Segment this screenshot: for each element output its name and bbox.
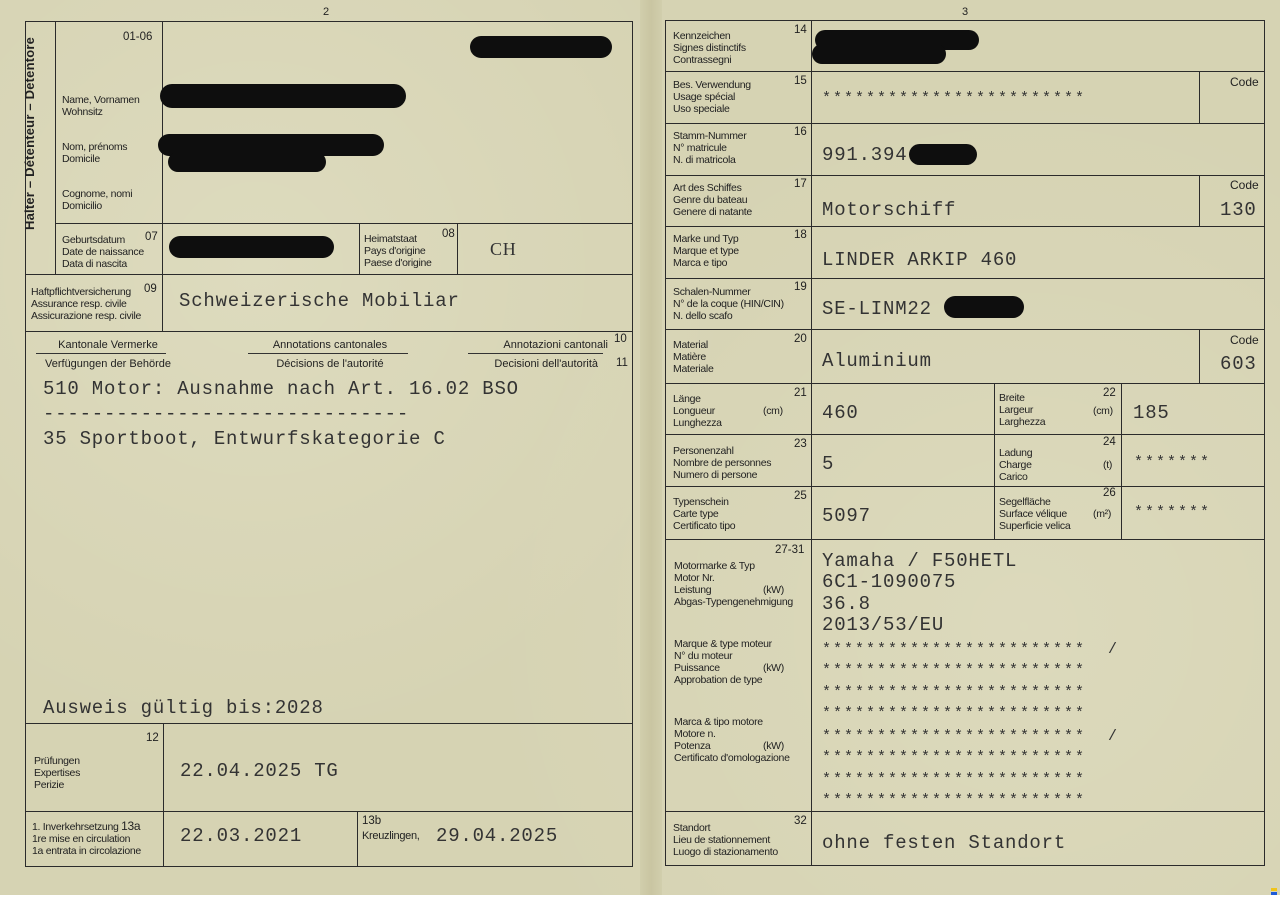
divider xyxy=(357,811,358,867)
label-15: Bes. VerwendungUsage spécialUso speciale xyxy=(673,79,751,115)
cargo-value: ******* xyxy=(1134,454,1211,471)
underline xyxy=(468,353,603,354)
decisions-header-it: Decisioni dell'autorità xyxy=(478,358,598,370)
field-number: 23 xyxy=(794,438,807,450)
holder-label-fr: Nom, prénomsDomicile xyxy=(62,141,127,165)
code-label: Code xyxy=(1230,178,1259,192)
divider xyxy=(665,434,1265,435)
divider xyxy=(665,486,1265,487)
redaction-mark xyxy=(168,152,326,172)
divider xyxy=(55,223,633,224)
decisions-header-de: Verfügungen der Behörde xyxy=(40,358,176,370)
redaction-mark xyxy=(470,36,612,58)
inspections-value: 22.04.2025 TG xyxy=(180,760,339,782)
divider xyxy=(665,278,1265,279)
divider xyxy=(25,723,633,724)
underline xyxy=(36,353,166,354)
divider xyxy=(1121,383,1122,539)
scan-marker xyxy=(1271,892,1277,895)
field-number: 27-31 xyxy=(775,544,804,556)
engine2-line: ************************ xyxy=(822,662,1086,679)
redaction-mark xyxy=(944,296,1024,318)
field-number: 20 xyxy=(794,333,807,345)
field-number: 18 xyxy=(794,229,807,241)
annotations-header-fr: Annotations cantonales xyxy=(250,339,410,351)
boat-type-code: 130 xyxy=(1220,199,1257,221)
engine-emission-approval: 2013/53/EU xyxy=(822,614,944,636)
birth-date-label: GeburtsdatumDate de naissanceData di nas… xyxy=(62,234,144,270)
field-number: 17 xyxy=(794,178,807,190)
scan-marker xyxy=(1271,888,1277,891)
label-26: SegelflächeSurface véliqueSuperficie vel… xyxy=(999,496,1070,532)
code-label: Code xyxy=(1230,333,1259,347)
issue-date: 29.04.2025 xyxy=(436,825,558,847)
first-registration-value: 22.03.2021 xyxy=(180,825,302,847)
field-number: 25 xyxy=(794,490,807,502)
divider xyxy=(665,71,1265,72)
redaction-mark xyxy=(909,144,977,165)
location-value: ohne festen Standort xyxy=(822,832,1066,854)
field-number: 11 xyxy=(616,357,628,369)
issue-place: Kreuzlingen, xyxy=(362,830,420,842)
holder-label-de: Name, VornamenWohnsitz xyxy=(62,94,140,118)
label-19: Schalen-NummerN° de la coque (HIN/CIN)N.… xyxy=(673,286,784,322)
divider xyxy=(665,383,1265,384)
divider xyxy=(25,811,633,812)
divider xyxy=(665,811,1265,812)
divider xyxy=(163,723,164,867)
engine-labels-fr: Marque & type moteur N° du moteur Puissa… xyxy=(674,638,772,686)
label-25: TypenscheinCarte typeCertificato tipo xyxy=(673,496,735,532)
redaction-mark xyxy=(169,236,334,258)
unit-label: (cm) xyxy=(763,405,783,417)
field-number: 12 xyxy=(146,732,159,744)
label-16: Stamm-NummerN° matriculeN. di matricola xyxy=(673,130,746,166)
registration-number-value: 991.394 xyxy=(822,144,907,166)
boat-type-value: Motorschiff xyxy=(822,199,956,221)
field-number: 13b xyxy=(362,815,381,827)
sail-area-value: ******* xyxy=(1134,504,1211,521)
divider xyxy=(665,175,1265,176)
divider xyxy=(25,274,633,275)
divider xyxy=(665,539,1265,540)
field-number: 01-06 xyxy=(123,31,152,43)
divider xyxy=(665,226,1265,227)
make-model-value: LINDER ARKIP 460 xyxy=(822,249,1017,271)
divider xyxy=(25,331,633,332)
divider xyxy=(457,223,458,274)
label-17: Art des SchiffesGenre du bateauGenere di… xyxy=(673,182,752,218)
field-number: 19 xyxy=(794,281,807,293)
length-value: 460 xyxy=(822,402,859,424)
unit-label: (m²) xyxy=(1093,508,1111,520)
field-number: 10 xyxy=(614,333,627,345)
engine-labels-de: Motormarke & Typ Motor Nr. Leistung(kW) … xyxy=(674,560,793,608)
label-14: KennzeichenSignes distinctifsContrassegn… xyxy=(673,30,746,66)
engine2-line: ************************ xyxy=(822,684,1086,701)
inspections-label: PrüfungenExpertisesPerizie xyxy=(34,755,80,791)
origin-value: CH xyxy=(490,239,517,260)
unit-label: (t) xyxy=(1103,459,1112,471)
engine2-line: ************************ / xyxy=(822,641,1119,658)
width-value: 185 xyxy=(1133,402,1170,424)
field-number: 09 xyxy=(144,283,157,295)
engine-power: 36.8 xyxy=(822,593,871,615)
label-32: StandortLieu de stationnementLuogo di st… xyxy=(673,822,778,858)
annotations-header-de: Kantonale Vermerke xyxy=(40,339,176,351)
material-value: Aluminium xyxy=(822,350,932,372)
holder-label-it: Cognome, nomiDomicilio xyxy=(62,188,132,212)
engine3-line: ************************ / xyxy=(822,728,1119,745)
validity-note: Ausweis gültig bis:2028 xyxy=(43,697,324,719)
label-22: BreiteLargeurLarghezza xyxy=(999,392,1045,428)
field-number: 15 xyxy=(794,75,807,87)
field-number: 21 xyxy=(794,387,807,399)
field-number: 07 xyxy=(145,231,158,243)
divider xyxy=(665,329,1265,330)
engine2-line: ************************ xyxy=(822,705,1086,722)
hull-number-value: SE-LINM22 xyxy=(822,298,932,320)
divider xyxy=(1199,329,1200,383)
underline xyxy=(248,353,408,354)
type-certificate-value: 5097 xyxy=(822,505,871,527)
field-number: 22 xyxy=(1103,387,1116,399)
holder-side-title: Halter – Détenteur – Detentore xyxy=(22,37,37,230)
engine-make-model: Yamaha / F50HETL xyxy=(822,550,1017,572)
label-23: PersonenzahlNombre de personnesNumero di… xyxy=(673,445,771,481)
page-fold xyxy=(640,0,662,895)
persons-value: 5 xyxy=(822,453,834,475)
field-number: 16 xyxy=(794,126,807,138)
annotation-line: 510 Motor: Ausnahme nach Art. 16.02 BSO xyxy=(43,378,519,400)
field-number: 32 xyxy=(794,815,807,827)
field-number: 26 xyxy=(1103,487,1116,499)
engine3-line: ************************ xyxy=(822,771,1086,788)
redaction-mark xyxy=(160,84,406,108)
divider xyxy=(162,21,163,331)
origin-label: HeimatstaatPays d'originePaese d'origine xyxy=(364,233,432,269)
divider xyxy=(1199,175,1200,226)
decisions-header-fr: Décisions de l'autorité xyxy=(250,358,410,370)
divider xyxy=(359,223,360,274)
annotations-header-it: Annotazioni cantonali xyxy=(478,339,608,351)
engine3-line: ************************ xyxy=(822,792,1086,809)
engine-number: 6C1-1090075 xyxy=(822,571,956,593)
field-number: 24 xyxy=(1103,436,1116,448)
divider xyxy=(994,383,995,539)
unit-label: (cm) xyxy=(1093,405,1113,417)
code-label: Code xyxy=(1230,75,1259,89)
label-21: LängeLongueurLunghezza xyxy=(673,393,722,429)
divider xyxy=(1199,71,1200,123)
engine3-line: ************************ xyxy=(822,749,1086,766)
first-registration-label: 1. Inverkehrsetzung 13a 1re mise en circ… xyxy=(32,820,141,857)
insurance-value: Schweizerische Mobiliar xyxy=(179,290,460,312)
special-use-value: ************************ xyxy=(822,90,1086,107)
annotation-line: 35 Sportboot, Entwurfskategorie C xyxy=(43,428,446,450)
divider xyxy=(665,123,1265,124)
divider xyxy=(55,21,56,274)
annotation-separator: ------------------------------ xyxy=(43,403,409,425)
label-24: LadungChargeCarico xyxy=(999,447,1032,483)
material-code: 603 xyxy=(1220,353,1257,375)
redaction-mark xyxy=(812,44,946,64)
page-number-right: 3 xyxy=(962,6,968,18)
field-number: 08 xyxy=(442,228,455,240)
label-20: MaterialMatièreMateriale xyxy=(673,339,714,375)
field-number: 14 xyxy=(794,24,807,36)
divider xyxy=(811,20,812,866)
label-18: Marke und TypMarque et typeMarca e tipo xyxy=(673,233,739,269)
insurance-label: HaftpflichtversicherungAssurance resp. c… xyxy=(31,286,141,322)
page-number-left: 2 xyxy=(323,6,329,18)
engine-labels-it: Marca & tipo motore Motore n. Potenza(kW… xyxy=(674,716,790,764)
